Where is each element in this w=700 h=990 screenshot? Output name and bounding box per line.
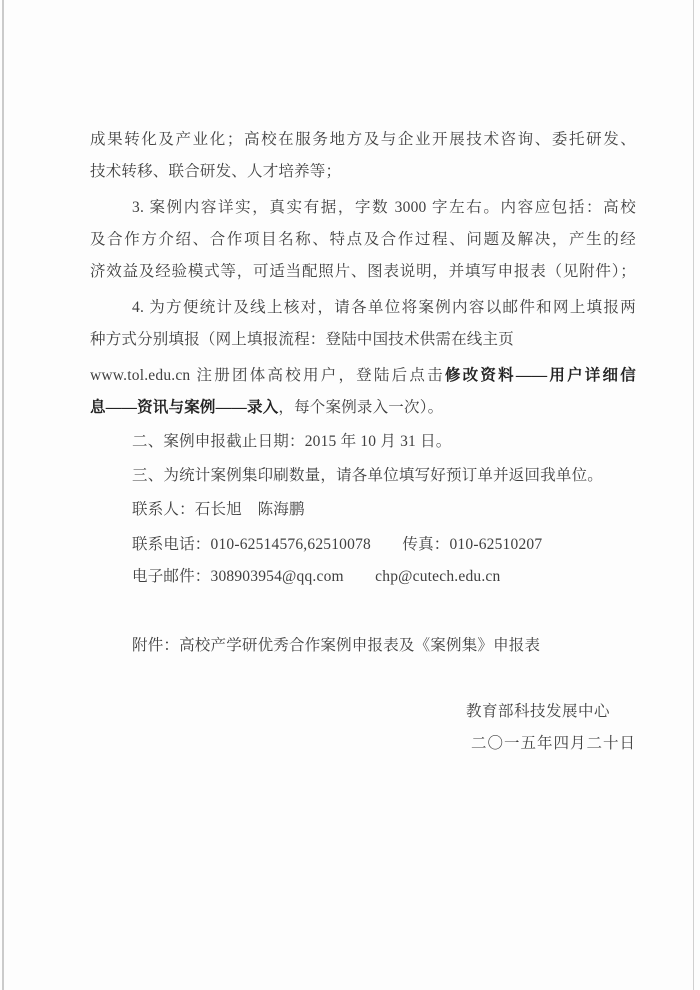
scanned-document-page: 成果转化及产业化；高校在服务地方及与企业开展技术咨询、委托研发、技术转移、联合研… [90,0,636,760]
scan-edge-left [2,0,4,990]
document-body: 成果转化及产业化；高校在服务地方及与企业开展技术咨询、委托研发、技术转移、联合研… [90,124,636,662]
text-line: 三、为统计案例集印刷数量，请各单位填写好预订单并返回我单位。 [90,460,636,492]
text-line: 4. 为方便统计及线上核对，请各单位将案例内容以邮件和网上填报两 [90,292,636,324]
text-segment: 成果转化及产业化；高校在服务地方及与企业开展技术咨询、委托研发、 [90,131,636,148]
bold-text-segment: 修改资料——用户详细信 [445,367,636,384]
text-segment: 二、案例申报截止日期：2015 年 10 月 31 日。 [132,433,451,450]
text-segment: 电子邮件：308903954@qq.com chp@cutech.edu.cn [132,568,500,585]
text-line: 成果转化及产业化；高校在服务地方及与企业开展技术咨询、委托研发、 [90,124,636,156]
signature-org: 教育部科技发展中心 [90,696,636,728]
text-segment: ，每个案例录入一次）。 [278,399,443,416]
text-line: 3. 案例内容详实，真实有据，字数 3000 字左右。内容应包括：高校 [90,192,636,224]
text-line: 济效益及经验模式等，可适当配照片、图表说明，并填写申报表（见附件）； [90,256,636,288]
text-segment: 及合作方介绍、合作项目名称、特点及合作过程、问题及解决，产生的经 [90,231,636,248]
text-line: 二、案例申报截止日期：2015 年 10 月 31 日。 [90,426,636,458]
text-segment: 联系电话：010-62514576,62510078 传真：010-625102… [132,536,542,553]
text-line: 种方式分别填报（网上填报流程：登陆中国技术供需在线主页 [90,324,636,356]
text-line: 电子邮件：308903954@qq.com chp@cutech.edu.cn [90,561,636,593]
text-segment: 济效益及经验模式等，可适当配照片、图表说明，并填写申报表（见附件）； [90,263,636,280]
text-segment: 三、为统计案例集印刷数量，请各单位填写好预订单并返回我单位。 [132,467,603,484]
text-line: 联系人：石长旭 陈海鹏 [90,494,636,526]
bold-text-segment: 息——资讯与案例——录入 [90,399,278,416]
text-segment: www.tol.edu.cn 注册团体高校用户，登陆后点击 [90,367,445,384]
text-segment: 3. 案例内容详实，真实有据，字数 3000 字左右。内容应包括：高校 [132,199,636,216]
scan-edge-right [693,0,694,990]
text-line: 及合作方介绍、合作项目名称、特点及合作过程、问题及解决，产生的经 [90,224,636,256]
text-line: 联系电话：010-62514576,62510078 传真：010-625102… [90,529,636,561]
text-line: 附件：高校产学研优秀合作案例申报表及《案例集》申报表 [90,630,636,662]
text-line: 技术转移、联合研发、人才培养等； [90,156,636,188]
text-segment: 技术转移、联合研发、人才培养等； [90,163,341,180]
text-segment: 附件：高校产学研优秀合作案例申报表及《案例集》申报表 [132,637,540,654]
text-line: www.tol.edu.cn 注册团体高校用户，登陆后点击修改资料——用户详细信 [90,360,636,392]
text-segment: 4. 为方便统计及线上核对，请各单位将案例内容以邮件和网上填报两 [132,299,636,316]
text-segment: 种方式分别填报（网上填报流程：登陆中国技术供需在线主页 [90,331,514,348]
signature-block: 教育部科技发展中心 二〇一五年四月二十日 [90,696,636,760]
text-segment: 联系人：石长旭 陈海鹏 [132,501,305,518]
signature-date: 二〇一五年四月二十日 [90,728,636,760]
text-line: 息——资讯与案例——录入，每个案例录入一次）。 [90,392,636,424]
